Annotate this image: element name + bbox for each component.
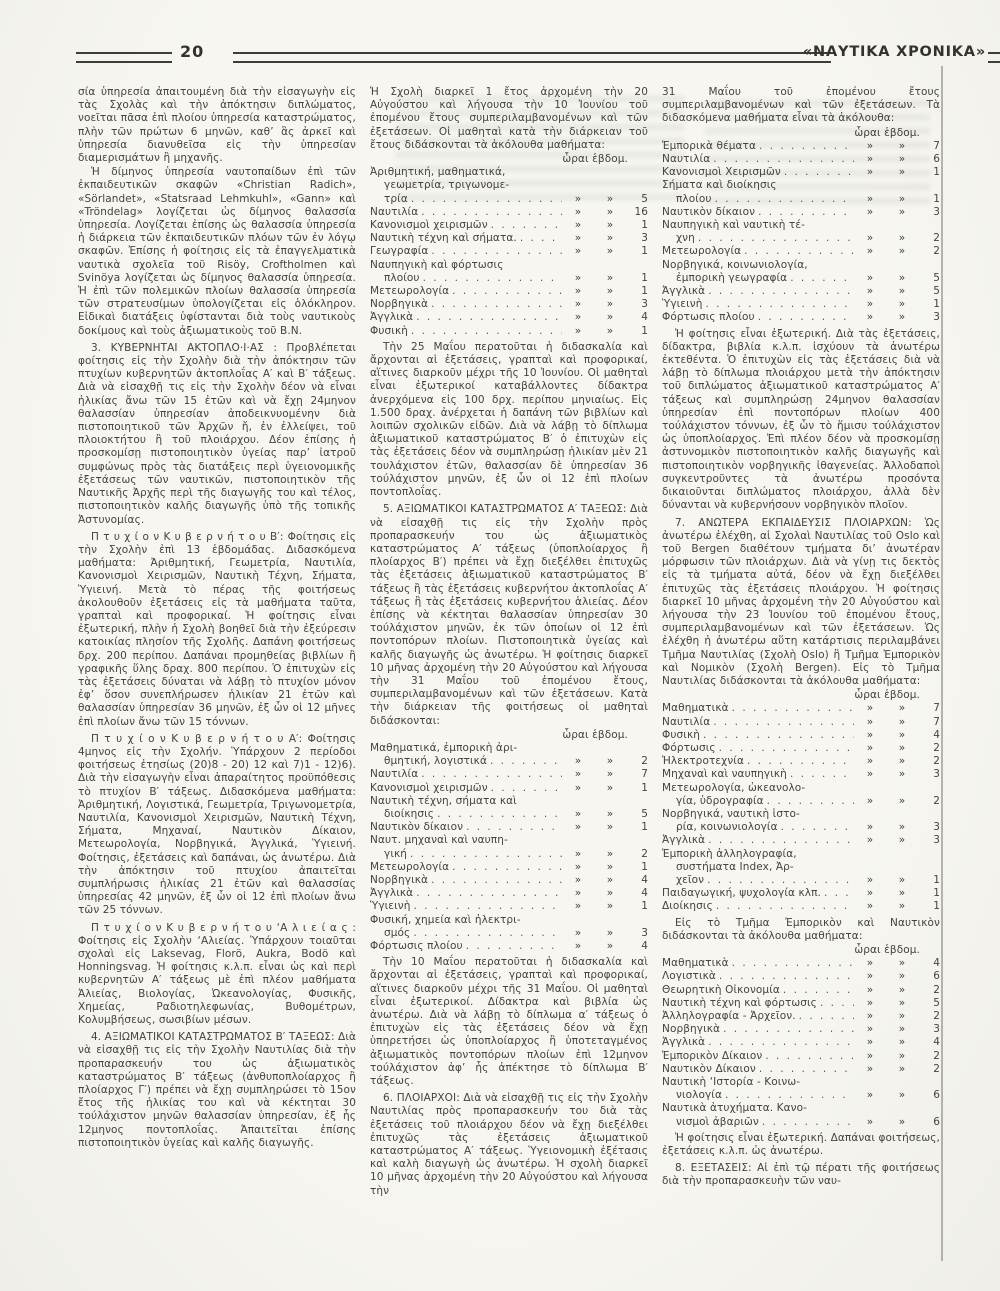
- hours-value: 2: [626, 848, 648, 861]
- subject-row: Κανονισμοὶ χειρισμῶν . . . . . . . . . .…: [370, 782, 648, 795]
- subject-row: Ἀγγλικὰ . . . . . . . . . . . . . . . . …: [662, 285, 940, 298]
- subject-row: Γεωγραφία . . . . . . . . . . . . . . . …: [370, 245, 648, 258]
- hours-value: 7: [626, 768, 648, 781]
- subject-label: Μετεωρολογία: [662, 245, 741, 258]
- hours-value: 4: [626, 311, 648, 324]
- paragraph: 3. ΚΥΒΕΡΝΗΤΑΙ ΑΚΤΟΠΛΟ·Ι·ΑΣ : Προβλέπεται…: [78, 342, 356, 527]
- subject-label: Ἀγγλικὰ: [662, 834, 705, 847]
- hours-value: 1: [918, 887, 940, 900]
- subject-label: πλοίου: [384, 272, 420, 285]
- paragraph: 8. ΕΞΕΤΑΣΕΙΣ: Αἱ ἐπὶ τῷ πέρατι τῆς φοιτή…: [662, 1162, 940, 1188]
- subject-row: Ἀγγλικὰ . . . . . . . . . . . . . . . . …: [370, 887, 648, 900]
- subject-label: Ναυτικὸν Δίκαιον: [662, 1063, 756, 1076]
- dot-leader: . . . . . . . . . . . . . . . . . . . . …: [705, 285, 854, 298]
- subject-row: ρία, κοινωνιολογία . . . . . . . . . . .…: [662, 821, 940, 834]
- ditto-mark: »: [854, 140, 886, 153]
- hours-value: 1: [626, 325, 648, 338]
- paragraph: Τὴν 25 Μαΐου περατοῦται ἡ διδασκαλία καὶ…: [370, 341, 648, 499]
- dot-leader: . . . . . . . . . . . . . . . . . . . . …: [817, 997, 854, 1010]
- dot-leader: . . . . . . . . . . . . . . . . . . . . …: [744, 755, 854, 768]
- ditto-mark: »: [562, 272, 594, 285]
- ditto-mark: »: [886, 900, 918, 913]
- dot-leader: . . . . . . . . . . . . . . . . . . . . …: [418, 768, 562, 781]
- subject-row: Ἐμπορικὰ θέματα . . . . . . . . . . . . …: [662, 140, 940, 153]
- subject-row: Μηχαναὶ καὶ ναυπηγικὴ . . . . . . . . . …: [662, 768, 940, 781]
- hours-value: 7: [918, 140, 940, 153]
- hours-value: 1: [918, 900, 940, 913]
- paragraph: Π τ υ χ ί ο ν Κ υ β ε ρ ν ή τ ο υ ‘Α λ ι…: [78, 922, 356, 1028]
- subject-label-line: Ναυπηγικὴ καὶ ναυτικὴ τέ-: [662, 219, 940, 232]
- subject-row: Ἐμπορικὸν Δίκαιον . . . . . . . . . . . …: [662, 1050, 940, 1063]
- paragraph: Ἡ δίμηνος ὑπηρεσία ναυτοπαίδων ἐπὶ τῶν ἐ…: [78, 166, 356, 338]
- hours-value: 4: [626, 887, 648, 900]
- ditto-mark: »: [562, 245, 594, 258]
- subject-label: Ἠλεκτροτεχνία: [662, 755, 744, 768]
- paragraph: 4. ΑΞΙΩΜΑΤΙΚΟΙ ΚΑΤΑΣΤΡΩΜΑΤΟΣ Β′ ΤΑΞΕΩΣ: …: [78, 1031, 356, 1150]
- dot-leader: . . . . . . . . . . . . . . . . . . . . …: [488, 782, 562, 795]
- dot-leader: . . . . . . . . . . . . . . . . . . . . …: [720, 1023, 854, 1036]
- ditto-mark: »: [594, 298, 626, 311]
- dot-leader: . . . . . . . . . . . . . . . . . . . . …: [487, 755, 562, 768]
- subject-row: Κανονισμοὶ Χειρισμῶν . . . . . . . . . .…: [662, 166, 940, 179]
- ditto-mark: »: [854, 1036, 886, 1049]
- hours-value: 1: [626, 272, 648, 285]
- ditto-mark: »: [886, 887, 918, 900]
- ditto-mark: »: [594, 900, 626, 913]
- ditto-mark: »: [886, 285, 918, 298]
- subject-row: Θεωρητικὴ Οἰκονομία . . . . . . . . . . …: [662, 984, 940, 997]
- dot-leader: . . . . . . . . . . . . . . . . . . . . …: [755, 206, 854, 219]
- page-number: 20: [180, 45, 204, 58]
- ditto-mark: »: [886, 729, 918, 742]
- subject-row: Ὑγιεινὴ . . . . . . . . . . . . . . . . …: [662, 298, 940, 311]
- subject-label: Ἀλληλογραφία - Ἀρχεῖον.: [662, 1010, 796, 1023]
- subject-row: Φόρτωσις . . . . . . . . . . . . . . . .…: [662, 742, 940, 755]
- ditto-mark: »: [886, 742, 918, 755]
- subject-label: Ἐμπορικὸν Δίκαιον: [662, 1050, 762, 1063]
- subject-label: Μετεωρολογία: [370, 285, 449, 298]
- dot-leader: . . . . . . . . . . . . . . . . . . . . …: [716, 742, 854, 755]
- paragraph: Εἰς τὸ Τμῆμα Ἐμπορικὸν καὶ Ναυτικὸν διδά…: [662, 917, 940, 943]
- paragraph: Π τ υ χ ί ο ν Κ υ β ε ρ ν ή τ ο υ Β′: Φο…: [78, 531, 356, 729]
- ditto-mark: »: [562, 861, 594, 874]
- dot-leader: . . . . . . . . . . . . . . . . . . . . …: [488, 219, 562, 232]
- hours-value: 2: [918, 742, 940, 755]
- hours-header-label: ὧραι ἑβδομ.: [662, 944, 940, 957]
- dot-leader: . . . . . . . . . . . . . . . . . . . . …: [463, 821, 562, 834]
- ditto-mark: »: [886, 311, 918, 324]
- ditto-mark: »: [886, 984, 918, 997]
- subject-label-line: Ναυτικὰ ἀτυχήματα. Κανο-: [662, 1102, 940, 1115]
- hours-value: 3: [626, 298, 648, 311]
- ditto-mark: »: [886, 1010, 918, 1023]
- ditto-mark: »: [854, 1089, 886, 1102]
- dot-leader: . . . . . . . . . . . . . . . . . . . . …: [413, 887, 562, 900]
- subject-label: Μετεωρολογία: [370, 861, 449, 874]
- ditto-mark: »: [594, 808, 626, 821]
- ditto-mark: »: [886, 997, 918, 1010]
- dot-leader: . . . . . . . . . . . . . . . . . . . . …: [420, 272, 562, 285]
- subject-row: θμητική, λογιστικά . . . . . . . . . . .…: [370, 755, 648, 768]
- hours-value: 2: [918, 984, 940, 997]
- header-rule-middle: [233, 52, 831, 63]
- subject-label: Ἀγγλικὰ: [662, 1036, 705, 1049]
- subject-row: χνη . . . . . . . . . . . . . . . . . . …: [662, 232, 940, 245]
- ditto-mark: »: [886, 716, 918, 729]
- subject-label-line: Ναυτ. μηχαναὶ καὶ ναυπη-: [370, 834, 648, 847]
- paragraph: Ἡ φοίτησις εἶναι ἐξωτερική. Δαπάναι φοιτ…: [662, 1132, 940, 1158]
- ditto-mark: »: [886, 768, 918, 781]
- subject-label: Γεωγραφία: [370, 245, 428, 258]
- ditto-mark: »: [562, 768, 594, 781]
- ditto-mark: »: [886, 874, 918, 887]
- ditto-mark: »: [854, 1116, 886, 1129]
- ditto-mark: »: [886, 1023, 918, 1036]
- dot-leader: . . . . . . . . . . . . . . . . . . . . …: [410, 927, 562, 940]
- ditto-mark: »: [886, 957, 918, 970]
- subject-label: Κανονισμοὶ χειρισμῶν: [370, 782, 488, 795]
- subject-row: πλοίου . . . . . . . . . . . . . . . . .…: [662, 193, 940, 206]
- ditto-mark: »: [594, 311, 626, 324]
- ditto-mark: »: [562, 940, 594, 953]
- ditto-mark: »: [854, 900, 886, 913]
- ditto-mark: »: [594, 887, 626, 900]
- ditto-mark: »: [886, 1089, 918, 1102]
- subject-label: Κανονισμοὶ χειρισμῶν: [370, 219, 488, 232]
- ditto-mark: »: [594, 874, 626, 887]
- subject-label: τρία: [384, 193, 408, 206]
- ditto-mark: »: [594, 193, 626, 206]
- subject-row: Φόρτωσις πλοίου . . . . . . . . . . . . …: [370, 940, 648, 953]
- dot-leader: . . . . . . . . . . . . . . . . . . . . …: [759, 1116, 854, 1129]
- dot-leader: . . . . . . . . . . . . . . . . . . . . …: [712, 193, 854, 206]
- ditto-mark: »: [854, 1023, 886, 1036]
- hours-value: 1: [626, 900, 648, 913]
- subject-label-line: Μαθηματικά, ἐμπορικὴ ἀρι-: [370, 742, 648, 755]
- subject-label: Φόρτωσις πλοίου: [662, 311, 755, 324]
- hours-value: 3: [918, 821, 940, 834]
- subject-row: Νορβηγικὰ . . . . . . . . . . . . . . . …: [370, 874, 648, 887]
- hours-value: 7: [918, 702, 940, 715]
- ditto-mark: »: [854, 232, 886, 245]
- ditto-mark: »: [594, 782, 626, 795]
- ditto-mark: »: [886, 1116, 918, 1129]
- subject-row: Ἀγγλικὰ . . . . . . . . . . . . . . . . …: [370, 311, 648, 324]
- subject-label: Ναυτιλία: [662, 716, 710, 729]
- dot-leader: . . . . . . . . . . . . . . . . . . . . …: [796, 1010, 854, 1023]
- hours-value: 3: [918, 768, 940, 781]
- ditto-mark: »: [854, 984, 886, 997]
- subject-label: διοίκησις: [384, 808, 434, 821]
- ditto-mark: »: [594, 206, 626, 219]
- ditto-mark: »: [886, 1036, 918, 1049]
- subject-label: Νορβηγικὰ: [662, 1023, 720, 1036]
- text-columns: σία ὑπηρεσία ἀπαιτουμένη διὰ τὴν εἰσαγωγ…: [78, 86, 940, 1199]
- hours-value: 5: [918, 272, 940, 285]
- subjects-table: ὧραι ἑβδομ.Ἐμπορικὰ θέματα . . . . . . .…: [662, 127, 940, 325]
- subject-label: Ναυτιλία: [370, 768, 418, 781]
- subject-label: χνη: [676, 232, 695, 245]
- ditto-mark: »: [854, 768, 886, 781]
- ditto-mark: »: [886, 193, 918, 206]
- subject-label: Μαθηματικὰ: [662, 957, 729, 970]
- subject-label: Ἐμπορικὰ θέματα: [662, 140, 756, 153]
- dot-leader: . . . . . . . . . . . . . . . . . . . . …: [428, 298, 562, 311]
- ditto-mark: »: [562, 927, 594, 940]
- subject-row: χεῖον . . . . . . . . . . . . . . . . . …: [662, 874, 940, 887]
- ditto-mark: »: [594, 927, 626, 940]
- dot-leader: . . . . . . . . . . . . . . . . . . . . …: [756, 140, 854, 153]
- ditto-mark: »: [594, 848, 626, 861]
- hours-value: 3: [918, 1023, 940, 1036]
- ditto-mark: »: [886, 755, 918, 768]
- ditto-mark: »: [854, 285, 886, 298]
- subject-row: Μετεωρολογία . . . . . . . . . . . . . .…: [662, 245, 940, 258]
- dot-leader: . . . . . . . . . . . . . . . . . . . . …: [780, 984, 854, 997]
- ditto-mark: »: [854, 1063, 886, 1076]
- subject-label: Φόρτωσις: [662, 742, 716, 755]
- subject-label: Νορβηγικὰ: [370, 874, 428, 887]
- subject-label: νισμοὶ ἀβαριῶν: [676, 1116, 759, 1129]
- subject-label: ἐμπορικὴ γεωγραφία: [676, 272, 787, 285]
- subject-label: πλοίου: [676, 193, 712, 206]
- hours-value: 5: [626, 193, 648, 206]
- hours-value: 3: [918, 311, 940, 324]
- subject-label: Ἀγγλικὰ: [662, 285, 705, 298]
- subjects-table: ὧραι ἑβδομ.Μαθηματικά, ἐμπορικὴ ἀρι-θμητ…: [370, 729, 648, 953]
- subject-label-line: Ναυτικὴ ‘Ιστορία - Κοινω-: [662, 1076, 940, 1089]
- ditto-mark: »: [886, 821, 918, 834]
- ditto-mark: »: [562, 874, 594, 887]
- subject-row: γική . . . . . . . . . . . . . . . . . .…: [370, 848, 648, 861]
- ditto-mark: »: [562, 219, 594, 232]
- subject-label: γία, ὑδρογραφία: [676, 795, 764, 808]
- hours-value: 2: [918, 1063, 940, 1076]
- hours-value: 5: [918, 285, 940, 298]
- ditto-mark: »: [854, 821, 886, 834]
- ditto-mark: »: [886, 166, 918, 179]
- subject-row: Ναυτιλία . . . . . . . . . . . . . . . .…: [662, 153, 940, 166]
- column-2: Ἡ Σχολὴ διαρκεῖ 1 ἔτος ἀρχομένη τὴν 20 Α…: [370, 86, 648, 1199]
- dot-leader: . . . . . . . . . . . . . . . . . . . . …: [434, 808, 562, 821]
- hours-value: 2: [918, 1010, 940, 1023]
- scanned-magazine-page: 20 «ΝΑΥΤΙΚΑ ΧΡΟΝΙΚΑ» σία ὑπηρεσία ἀπαιτο…: [0, 0, 1000, 1291]
- dot-leader: . . . . . . . . . . . . . . . . . . . . …: [705, 834, 854, 847]
- dot-leader: . . . . . . . . . . . . . . . . . . . . …: [756, 1063, 854, 1076]
- ditto-mark: »: [594, 232, 626, 245]
- hours-value: 1: [918, 193, 940, 206]
- subject-row: διοίκησις . . . . . . . . . . . . . . . …: [370, 808, 648, 821]
- hours-value: 1: [918, 874, 940, 887]
- hours-value: 1: [626, 782, 648, 795]
- dot-leader: . . . . . . . . . . . . . . . . . . . . …: [449, 861, 562, 874]
- ditto-mark: »: [562, 900, 594, 913]
- ditto-mark: »: [854, 702, 886, 715]
- ditto-mark: »: [562, 232, 594, 245]
- ditto-mark: »: [854, 245, 886, 258]
- subject-label: Κανονισμοὶ Χειρισμῶν: [662, 166, 781, 179]
- dot-leader: . . . . . . . . . . . . . . . . . . . . …: [704, 874, 854, 887]
- dot-leader: . . . . . . . . . . . . . . . . . . . . …: [418, 206, 562, 219]
- ditto-mark: »: [562, 755, 594, 768]
- page-gutter-line: [941, 66, 943, 1261]
- hours-header-label: ὧραι ἑβδομ.: [662, 127, 940, 140]
- hours-value: 6: [918, 1089, 940, 1102]
- hours-value: 2: [918, 1050, 940, 1063]
- ditto-mark: »: [562, 782, 594, 795]
- paragraph: σία ὑπηρεσία ἀπαιτουμένη διὰ τὴν εἰσαγωγ…: [78, 86, 356, 165]
- hours-value: 4: [626, 940, 648, 953]
- hours-header-label: ὧραι ἑβδομ.: [662, 689, 940, 702]
- subject-row: Ἀγγλικὰ . . . . . . . . . . . . . . . . …: [662, 1036, 940, 1049]
- paragraph: 31 Μαΐου τοῦ ἐπομένου ἔτους συμπεριλαμβα…: [662, 86, 940, 126]
- hours-value: 4: [918, 957, 940, 970]
- subject-row: Ναυτιλία . . . . . . . . . . . . . . . .…: [662, 716, 940, 729]
- dot-leader: . . . . . . . . . . . . . . . . . . . . …: [517, 232, 562, 245]
- dot-leader: . . . . . . . . . . . . . . . . . . . . …: [410, 900, 562, 913]
- subject-label: σμός: [384, 927, 410, 940]
- dot-leader: . . . . . . . . . . . . . . . . . . . . …: [741, 245, 854, 258]
- dot-leader: . . . . . . . . . . . . . . . . . . . . …: [729, 957, 854, 970]
- dot-leader: . . . . . . . . . . . . . . . . . . . . …: [764, 795, 854, 808]
- subject-label: Φόρτωσις πλοίου: [370, 940, 463, 953]
- subject-label-line: Νορβηγικά, ναυτικὴ ἱστο-: [662, 808, 940, 821]
- subject-row: Ἠλεκτροτεχνία . . . . . . . . . . . . . …: [662, 755, 940, 768]
- paragraph: 7. ΑΝΩΤΕΡΑ ΕΚΠΑΙΔΕΥΣΙΣ ΠΛΟΙΑΡΧΩΝ: Ὡς ἀνω…: [662, 517, 940, 689]
- hours-value: 1: [626, 861, 648, 874]
- subject-label-line: συστήματα Index, Ἀρ-: [662, 861, 940, 874]
- hours-value: 1: [626, 219, 648, 232]
- ditto-mark: »: [886, 702, 918, 715]
- hours-value: 3: [626, 927, 648, 940]
- subject-label: Ναυτιλία: [370, 206, 418, 219]
- subject-row: Ναυτικὸν δίκαιον . . . . . . . . . . . .…: [370, 821, 648, 834]
- dot-leader: . . . . . . . . . . . . . . . . . . . . …: [787, 768, 854, 781]
- paragraph: Ἡ φοίτησις εἶναι ἐξωτερική. Διὰ τὰς ἐξετ…: [662, 328, 940, 513]
- dot-leader: . . . . . . . . . . . . . . . . . . . . …: [778, 821, 854, 834]
- ditto-mark: »: [854, 193, 886, 206]
- dot-leader: . . . . . . . . . . . . . . . . . . . . …: [428, 874, 562, 887]
- subject-label: Ἀγγλικὰ: [370, 311, 413, 324]
- subject-row: γία, ὑδρογραφία . . . . . . . . . . . . …: [662, 795, 940, 808]
- paragraph: Ἡ Σχολὴ διαρκεῖ 1 ἔτος ἀρχομένη τὴν 20 Α…: [370, 86, 648, 152]
- ditto-mark: »: [886, 970, 918, 983]
- paragraph: Τὴν 10 Μαΐου περατοῦται ἡ διδασκαλία καὶ…: [370, 956, 648, 1088]
- subjects-table: ὧραι ἑβδομ.Μαθηματικὰ . . . . . . . . . …: [662, 689, 940, 913]
- hours-value: 5: [918, 997, 940, 1010]
- hours-value: 6: [918, 1116, 940, 1129]
- ditto-mark: »: [854, 166, 886, 179]
- subject-label: Παιδαγωγική, ψυχολογία κλπ.: [662, 887, 821, 900]
- hours-value: 6: [918, 153, 940, 166]
- ditto-mark: »: [854, 957, 886, 970]
- subject-row: Ναυτικὴ τέχνη καὶ φόρτωσις . . . . . . .…: [662, 997, 940, 1010]
- subject-row: νιολογία . . . . . . . . . . . . . . . .…: [662, 1089, 940, 1102]
- subject-label: Φυσικὴ: [662, 729, 700, 742]
- ditto-mark: »: [562, 311, 594, 324]
- subject-label-line: Ἀριθμητική, μαθηματικά,: [370, 166, 648, 179]
- column-3: 31 Μαΐου τοῦ ἐπομένου ἔτους συμπεριλαμβα…: [662, 86, 940, 1190]
- dot-leader: . . . . . . . . . . . . . . . . . . . . …: [755, 311, 854, 324]
- hours-value: 2: [918, 795, 940, 808]
- ditto-mark: »: [854, 206, 886, 219]
- hours-value: 3: [918, 206, 940, 219]
- subject-label: Ἀγγλικὰ: [370, 887, 413, 900]
- subject-row: Κανονισμοὶ χειρισμῶν . . . . . . . . . .…: [370, 219, 648, 232]
- hours-value: 4: [918, 1036, 940, 1049]
- hours-value: 5: [626, 808, 648, 821]
- subject-label: θμητική, λογιστικά: [384, 755, 487, 768]
- dot-leader: . . . . . . . . . . . . . . . . . . . . …: [449, 285, 562, 298]
- subject-label-line: Νορβηγικά, κοινωνιολογία,: [662, 259, 940, 272]
- ditto-mark: »: [594, 755, 626, 768]
- subject-row: Ναυτικὴ τέχνη καὶ σήματα. . . . . . . . …: [370, 232, 648, 245]
- subject-row: Ἀλληλογραφία - Ἀρχεῖον. . . . . . . . . …: [662, 1010, 940, 1023]
- header-rule-left: [76, 52, 172, 63]
- ditto-mark: »: [854, 716, 886, 729]
- subject-label-line: Ἐμπορικὴ ἀλληλογραφία,: [662, 848, 940, 861]
- ditto-mark: »: [886, 795, 918, 808]
- subject-label: Μηχαναὶ καὶ ναυπηγικὴ: [662, 768, 787, 781]
- ditto-mark: »: [854, 1010, 886, 1023]
- ditto-mark: »: [854, 834, 886, 847]
- ditto-mark: »: [562, 206, 594, 219]
- subject-label: Ναυτικὸν δίκαιον: [370, 821, 463, 834]
- subject-label-line: γεωμετρία, τριγωνομε-: [370, 179, 648, 192]
- subject-label-line: Σήματα καὶ διοίκησις: [662, 179, 940, 192]
- subject-label-line: Ναυτικὴ τέχνη, σήματα καὶ: [370, 795, 648, 808]
- ditto-mark: »: [594, 861, 626, 874]
- subject-label-line: Μετεωρολογία, ὠκεανολο-: [662, 782, 940, 795]
- dot-leader: . . . . . . . . . . . . . . . . . . . . …: [428, 245, 562, 258]
- subjects-table: ὧραι ἑβδομ.Μαθηματικὰ . . . . . . . . . …: [662, 944, 940, 1129]
- column-1: σία ὑπηρεσία ἀπαιτουμένη διὰ τὴν εἰσαγωγ…: [78, 86, 356, 1151]
- subject-row: νισμοὶ ἀβαριῶν . . . . . . . . . . . . .…: [662, 1116, 940, 1129]
- paragraph: 6. ΠΛΟΙΑΡΧΟΙ: Διὰ νὰ εἰσαχθῇ τις εἰς τὴν…: [370, 1092, 648, 1198]
- dot-leader: . . . . . . . . . . . . . . . . . . . . …: [700, 729, 854, 742]
- dot-leader: . . . . . . . . . . . . . . . . . . . . …: [722, 1089, 854, 1102]
- ditto-mark: »: [562, 298, 594, 311]
- dot-leader: . . . . . . . . . . . . . . . . . . . . …: [407, 848, 562, 861]
- hours-header-label: ὧραι ἑβδομ.: [370, 729, 648, 742]
- ditto-mark: »: [886, 272, 918, 285]
- dot-leader: . . . . . . . . . . . . . . . . . . . . …: [702, 298, 854, 311]
- hours-value: 2: [918, 245, 940, 258]
- subject-row: Φόρτωσις πλοίου . . . . . . . . . . . . …: [662, 311, 940, 324]
- ditto-mark: »: [854, 298, 886, 311]
- ditto-mark: »: [594, 285, 626, 298]
- subject-row: Φυσικὴ . . . . . . . . . . . . . . . . .…: [370, 325, 648, 338]
- ditto-mark: »: [562, 808, 594, 821]
- ditto-mark: »: [886, 245, 918, 258]
- hours-value: 3: [918, 834, 940, 847]
- hours-value: 1: [626, 245, 648, 258]
- ditto-mark: »: [886, 206, 918, 219]
- header-rule-right: [988, 52, 1000, 63]
- ditto-mark: »: [886, 298, 918, 311]
- subject-label: Μαθηματικὰ: [662, 702, 729, 715]
- dot-leader: . . . . . . . . . . . . . . . . . . . . …: [710, 716, 854, 729]
- subject-row: Ναυτιλία . . . . . . . . . . . . . . . .…: [370, 768, 648, 781]
- hours-value: 2: [626, 755, 648, 768]
- masthead-title: «ΝΑΥΤΙΚΑ ΧΡΟΝΙΚΑ»: [803, 46, 986, 59]
- ditto-mark: »: [854, 970, 886, 983]
- subject-row: Μετεωρολογία . . . . . . . . . . . . . .…: [370, 285, 648, 298]
- hours-value: 1: [918, 298, 940, 311]
- subject-row: Μαθηματικὰ . . . . . . . . . . . . . . .…: [662, 957, 940, 970]
- ditto-mark: »: [854, 1050, 886, 1063]
- ditto-mark: »: [886, 834, 918, 847]
